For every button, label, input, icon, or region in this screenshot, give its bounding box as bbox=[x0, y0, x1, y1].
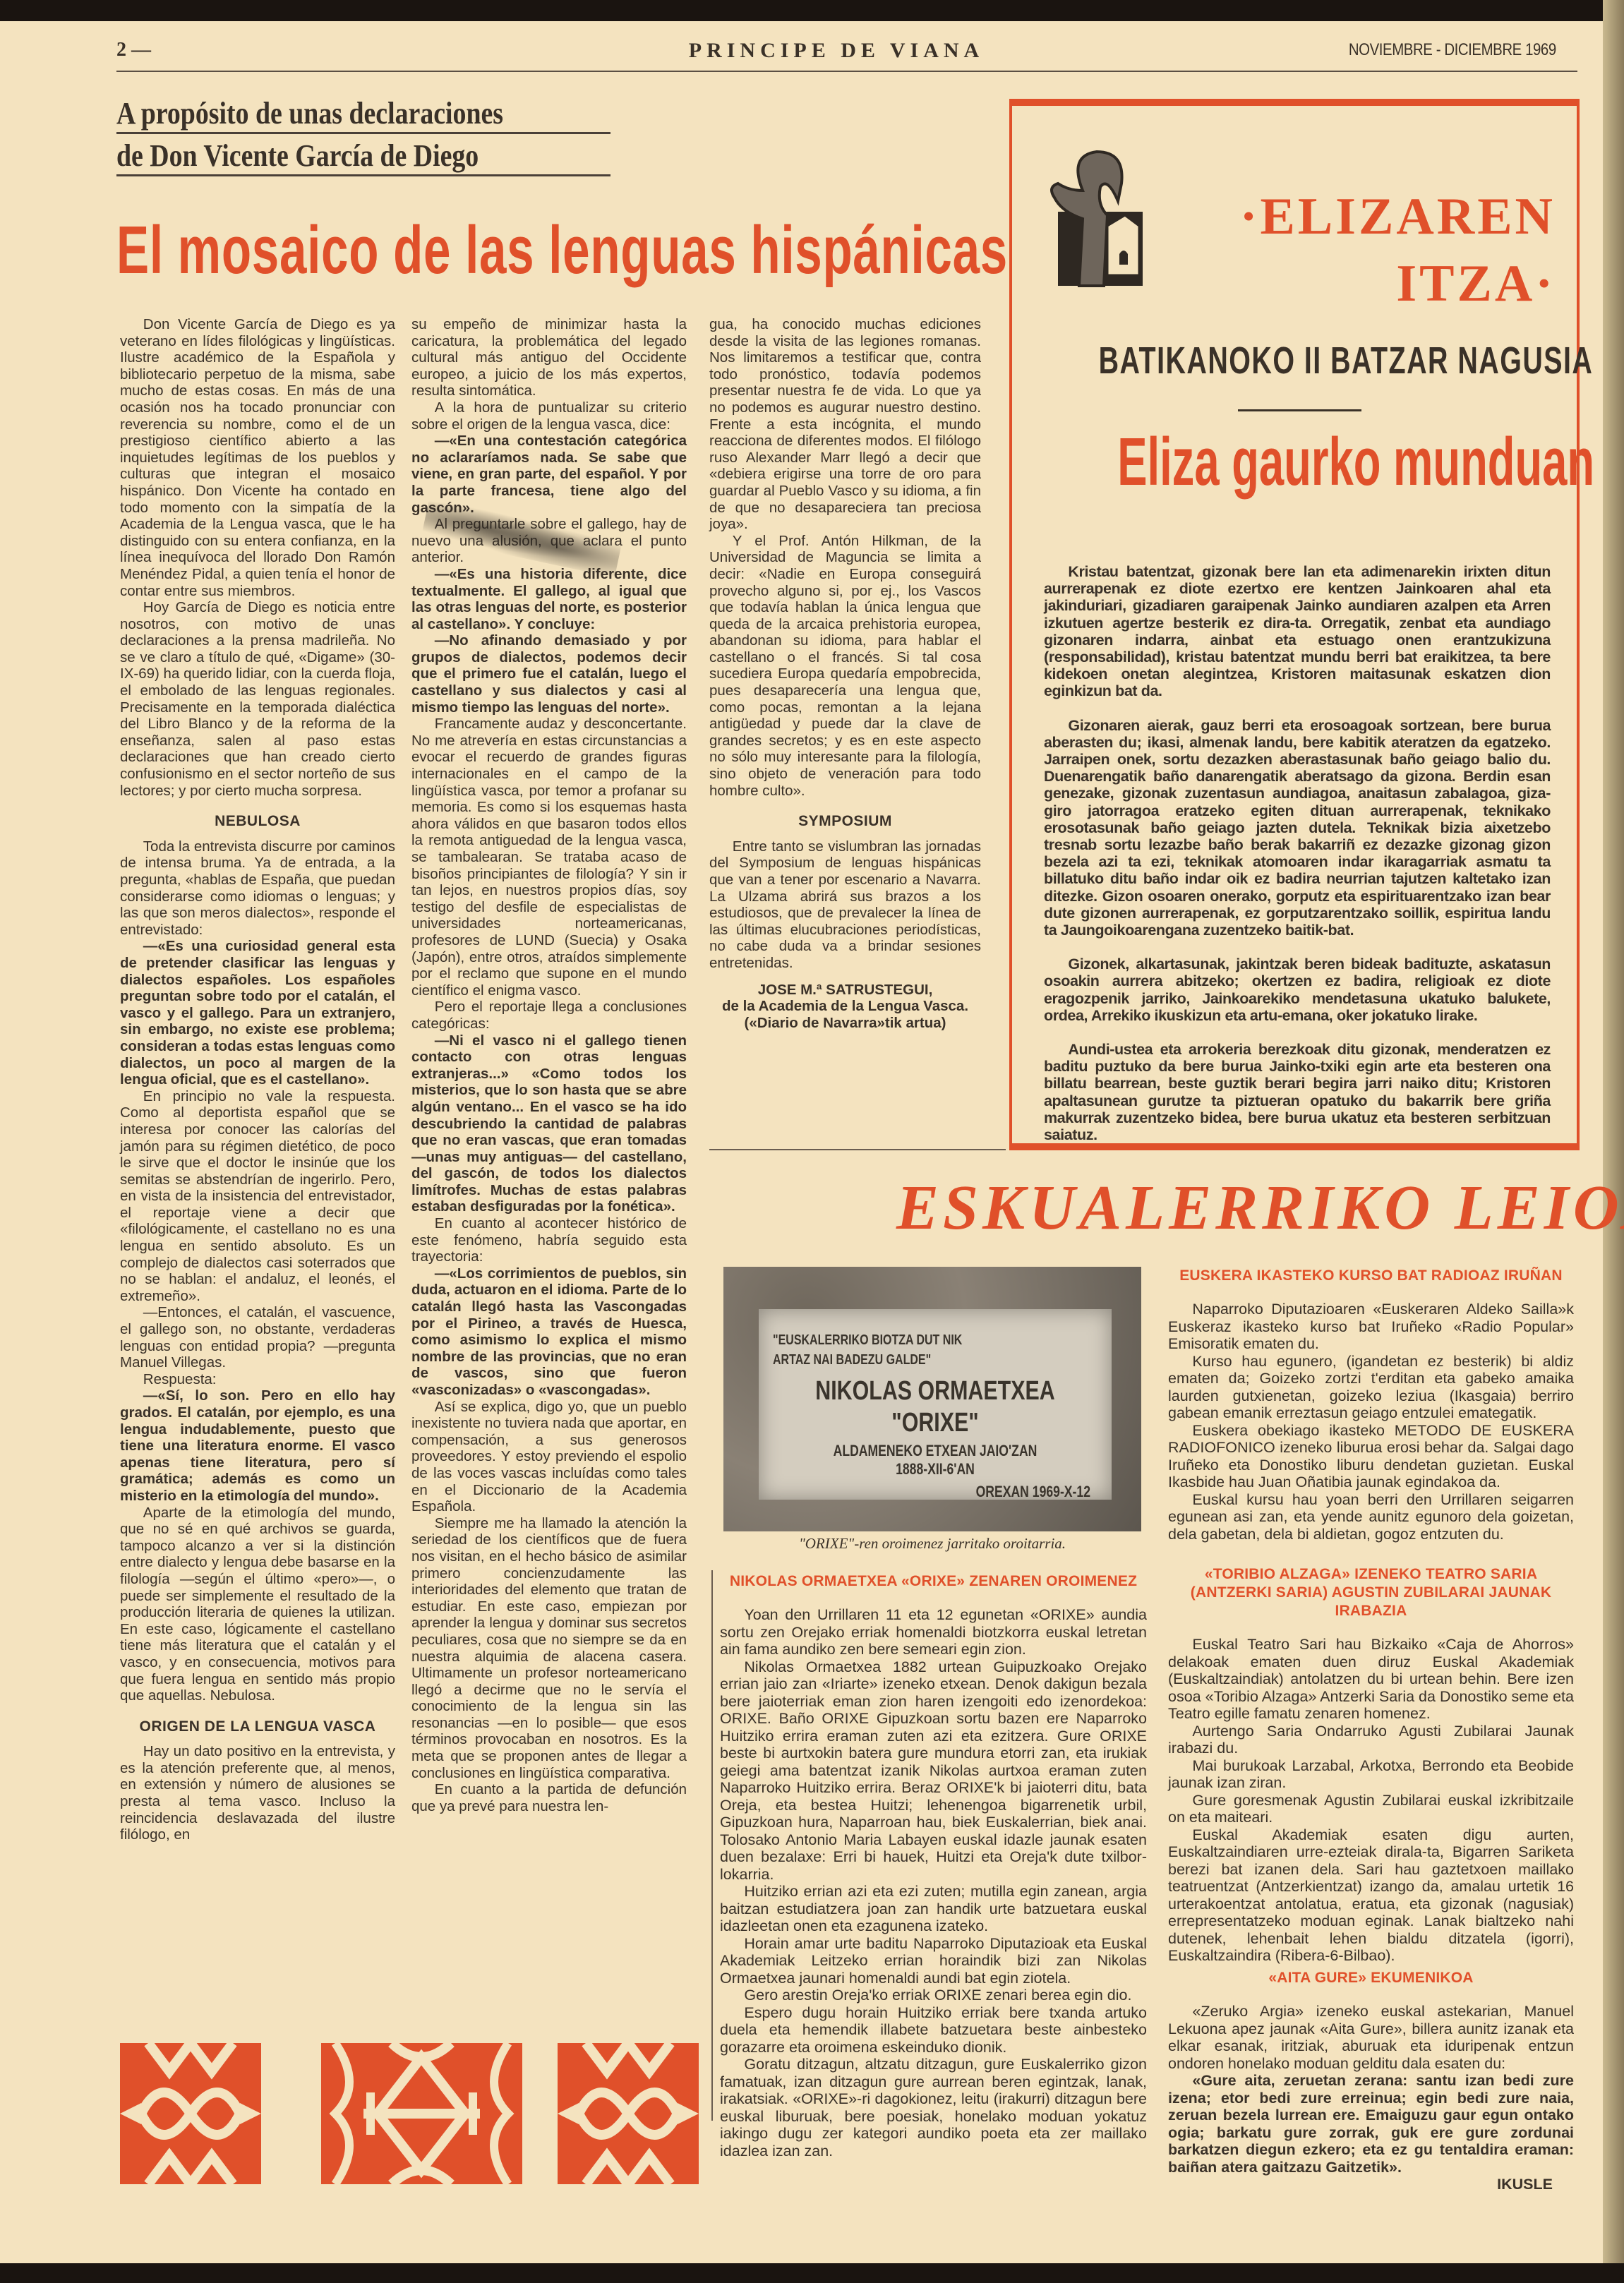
paragraph: Aurtengo Saria Ondarruko Agusti Zubilara… bbox=[1168, 1723, 1574, 1757]
paragraph: Francamente audaz y desconcertante. No m… bbox=[411, 716, 687, 999]
subhead-symposium: SYMPOSIUM bbox=[709, 813, 981, 830]
plaque-line: ALDAMENEKO ETXEAN JAIO'ZAN bbox=[794, 1442, 1076, 1460]
paragraph: Nikolas Ormaetxea 1882 urtean Guipuzkoak… bbox=[720, 1658, 1147, 1884]
paragraph: —«Es una curiosidad general esta de pret… bbox=[120, 938, 395, 1088]
itza-title: ITZA· bbox=[1396, 254, 1556, 314]
paragraph: —Entonces, el catalán, el vascuence, el … bbox=[120, 1304, 395, 1371]
radio-article: EUSKERA IKASTEKO KURSO BAT RADIOAZ IRUÑA… bbox=[1168, 1267, 1574, 1543]
paragraph: —No afinando demasiado y por grupos de d… bbox=[411, 632, 687, 716]
paragraph: —Ni el vasco ni el gallego tienen contac… bbox=[411, 1032, 687, 1216]
signature: IKUSLE bbox=[1168, 2176, 1574, 2193]
paragraph: Goratu ditzagun, altzatu ditzagun, gure … bbox=[720, 2056, 1147, 2159]
paragraph-group: Don Vicente García de Diego es ya vetera… bbox=[120, 316, 395, 799]
paragraph: su empeño de minimizar hasta la caricatu… bbox=[411, 316, 687, 399]
ornament-row bbox=[120, 2043, 699, 2184]
paragraph-group: «Zeruko Argia» izeneko euskal astekarian… bbox=[1168, 2003, 1574, 2176]
paragraph: Toda la entrevista discurre por caminos … bbox=[120, 838, 395, 939]
subhead-origen: ORIGEN DE LA LENGUA VASCA bbox=[120, 1718, 395, 1735]
paragraph: Euskera obekiago ikasteko METODO DE EUSK… bbox=[1168, 1422, 1574, 1491]
paragraph: En cuanto a la partida de defunción que … bbox=[411, 1781, 687, 1814]
paragraph: —«Es una historia diferente, dice textua… bbox=[411, 566, 687, 632]
paragraph: Hoy García de Diego es noticia entre nos… bbox=[120, 599, 395, 799]
article-headline: El mosaico de las lenguas hispánicas bbox=[116, 212, 747, 289]
paragraph: Siempre me ha llamado la atención la ser… bbox=[411, 1515, 687, 1782]
header-rule bbox=[116, 71, 1577, 72]
paragraph-group: Yoan den Urrillaren 11 eta 12 egunetan «… bbox=[720, 1606, 1147, 2159]
photo-caption: "ORIXE"-ren oroimenez jarritako oroitarr… bbox=[723, 1535, 1141, 1553]
basque-ornament-icon bbox=[120, 2043, 261, 2184]
radio-heading: EUSKERA IKASTEKO KURSO BAT RADIOAZ IRUÑA… bbox=[1168, 1267, 1574, 1285]
issue-date: NOVIEMBRE - DICIEMBRE 1969 bbox=[1349, 40, 1556, 60]
subhead-nebulosa: NEBULOSA bbox=[120, 813, 395, 830]
scan-edge-bottom bbox=[0, 2263, 1624, 2283]
paragraph: Mai burukoak Larzabal, Arkotxa, Berrondo… bbox=[1168, 1757, 1574, 1792]
basque-ornament-icon bbox=[321, 2043, 522, 2184]
plaque-line: ARTAZ NAI BADEZU GALDE" bbox=[773, 1352, 931, 1368]
paragraph: Euskal Teatro Sari hau Bizkaiko «Caja de… bbox=[1168, 1636, 1574, 1723]
paragraph: Kurso hau egunero, (igandetan ez besteri… bbox=[1168, 1353, 1574, 1422]
paragraph: Gure goresmenak Agustin Zubilarai euskal… bbox=[1168, 1792, 1574, 1826]
kicker-rule bbox=[116, 174, 610, 176]
paragraph: Espero dugu horain Huitziko erriak bere … bbox=[720, 2004, 1147, 2056]
article-column-1: Don Vicente García de Diego es ya vetera… bbox=[120, 316, 395, 1843]
masthead: PRINCIPE DE VIANA bbox=[116, 39, 1556, 63]
paragraph-group: Entre tanto se vislumbran las jornadas d… bbox=[709, 838, 981, 972]
paragraph: A la hora de puntualizar su criterio sob… bbox=[411, 399, 687, 433]
elizaren-itza-box: ·ELIZAREN ITZA· BATIKANOKO II BATZAR NAG… bbox=[1009, 99, 1580, 1150]
signature-line: de la Academia de la Lengua Vasca. bbox=[709, 998, 981, 1015]
eliza-body: Kristau batentzat, gizonak bere lan eta … bbox=[1044, 563, 1551, 1160]
teatro-heading: «TORIBIO ALZAGA» IZENEKO TEATRO SARIA (A… bbox=[1168, 1565, 1574, 1620]
paragraph-group: Toda la entrevista discurre por caminos … bbox=[120, 838, 395, 1704]
paragraph: Pero el reportaje llega a conclusiones c… bbox=[411, 999, 687, 1032]
subtitle-rule bbox=[1238, 409, 1361, 411]
paragraph-group: Euskal Teatro Sari hau Bizkaiko «Caja de… bbox=[1168, 1636, 1574, 1965]
kicker-line-1: A propósito de unas declaraciones bbox=[116, 95, 544, 131]
paragraph: Gizonaren aierak, gauz berri eta erosoag… bbox=[1044, 717, 1551, 939]
paragraph: Respuesta: bbox=[120, 1371, 395, 1388]
signature-line: («Diario de Navarra»tik artua) bbox=[709, 1015, 981, 1032]
signature-line: JOSE M.ª SATRUSTEGUI, bbox=[709, 982, 981, 999]
scan-edge-top bbox=[0, 0, 1624, 21]
paragraph: Aparte de la etimología del mundo, que n… bbox=[120, 1505, 395, 1704]
kicker-rule bbox=[116, 132, 610, 134]
paragraph: Aundi-ustea eta arrokeria berezkoak ditu… bbox=[1044, 1041, 1551, 1143]
paragraph: Euskal kursu hau yoan berri den Urrillar… bbox=[1168, 1491, 1574, 1543]
paragraph: —«Los corrimientos de pueblos, sin duda,… bbox=[411, 1265, 687, 1399]
church-crozier-logo-icon bbox=[1040, 148, 1160, 289]
memorial-plaque-photo: "EUSKALERRIKO BIOTZA DUT NIKARTAZ NAI BA… bbox=[723, 1267, 1141, 1531]
scan-edge-right bbox=[1603, 0, 1624, 2283]
paragraph: Kristau batentzat, gizonak bere lan eta … bbox=[1044, 563, 1551, 700]
paragraph: Así se explica, digo yo, que un pueblo i… bbox=[411, 1399, 687, 1515]
plaque-line: "EUSKALERRIKO BIOTZA DUT NIK bbox=[773, 1332, 962, 1348]
paragraph: «Gure aita, zeruetan zerana: santu izan … bbox=[1168, 2072, 1574, 2176]
paragraph: Hay un dato positivo en la entrevista, y… bbox=[120, 1743, 395, 1843]
orixe-heading: NIKOLAS ORMAETXEA «ORIXE» ZENAREN OROIME… bbox=[720, 1572, 1147, 1591]
paragraph-group: Naparroko Diputazioaren «Euskeraren Alde… bbox=[1168, 1301, 1574, 1543]
paragraph: Yoan den Urrillaren 11 eta 12 egunetan «… bbox=[720, 1606, 1147, 1658]
leioa-section-title: ESKUALERRIKO LEIOA bbox=[896, 1171, 1447, 1244]
paragraph: En principio no vale la respuesta. Como … bbox=[120, 1088, 395, 1305]
paragraph-group: gua, ha conocido muchas ediciones desde … bbox=[709, 316, 981, 799]
aita-gure-article: «AITA GURE» EKUMENIKOA «Zeruko Argia» iz… bbox=[1168, 1969, 1574, 2193]
paragraph: «Zeruko Argia» izeneko euskal astekarian… bbox=[1168, 2003, 1574, 2072]
plaque-line: 1888-XII-6'AN bbox=[794, 1460, 1076, 1478]
plaque-line: "ORIXE" bbox=[794, 1408, 1076, 1438]
aita-gure-heading: «AITA GURE» EKUMENIKOA bbox=[1168, 1969, 1574, 1987]
running-head: 2 — PRINCIPE DE VIANA NOVIEMBRE - DICIEM… bbox=[116, 39, 1556, 64]
signature: JOSE M.ª SATRUSTEGUI,de la Academia de l… bbox=[709, 982, 981, 1032]
paragraph-group: Hay un dato positivo en la entrevista, y… bbox=[120, 1743, 395, 1843]
paragraph: Gizonek, alkartasunak, jakintzak beren b… bbox=[1044, 956, 1551, 1024]
column-rule bbox=[711, 1570, 713, 2121]
paragraph: Euskal Akademiak esaten digu aurten, Eus… bbox=[1168, 1826, 1574, 1965]
section-divider bbox=[709, 1149, 1006, 1150]
batzar-subtitle: BATIKANOKO II BATZAR NAGUSIA bbox=[1099, 339, 1491, 382]
paragraph: Entre tanto se vislumbran las jornadas d… bbox=[709, 838, 981, 972]
paragraph: Horain amar urte baditu Naparroko Diputa… bbox=[720, 1935, 1147, 1987]
basque-ornament-icon bbox=[558, 2043, 699, 2184]
article-column-3: gua, ha conocido muchas ediciones desde … bbox=[709, 316, 981, 1031]
paragraph: Y el Prof. Antón Hilkman, de la Universi… bbox=[709, 533, 981, 800]
plaque-line: OREXAN 1969-X-12 bbox=[976, 1483, 1090, 1501]
paragraph: Gero arestin Oreja'ko erriak ORIXE zenar… bbox=[720, 1987, 1147, 2004]
orixe-article: NIKOLAS ORMAETXEA «ORIXE» ZENAREN OROIME… bbox=[720, 1572, 1147, 2159]
paragraph: Huitziko errian azi eta ezi zuten; mutil… bbox=[720, 1883, 1147, 1935]
teatro-article: «TORIBIO ALZAGA» IZENEKO TEATRO SARIA (A… bbox=[1168, 1565, 1574, 1965]
paragraph: En cuanto al acontecer histórico de este… bbox=[411, 1215, 687, 1265]
elizaren-title: ·ELIZAREN bbox=[1240, 187, 1556, 247]
eliza-headline: Eliza gaurko munduan bbox=[1117, 423, 1472, 501]
plaque: "EUSKALERRIKO BIOTZA DUT NIKARTAZ NAI BA… bbox=[759, 1309, 1112, 1500]
plaque-line: NIKOLAS ORMAETXEA bbox=[794, 1376, 1076, 1406]
paragraph: —«Sí, lo son. Pero en ello hay grados. E… bbox=[120, 1387, 395, 1504]
paragraph: Naparroko Diputazioaren «Euskeraren Alde… bbox=[1168, 1301, 1574, 1353]
paragraph: gua, ha conocido muchas ediciones desde … bbox=[709, 316, 981, 533]
kicker-line-2: de Don Vicente García de Diego bbox=[116, 138, 544, 174]
paragraph: Don Vicente García de Diego es ya vetera… bbox=[120, 316, 395, 599]
